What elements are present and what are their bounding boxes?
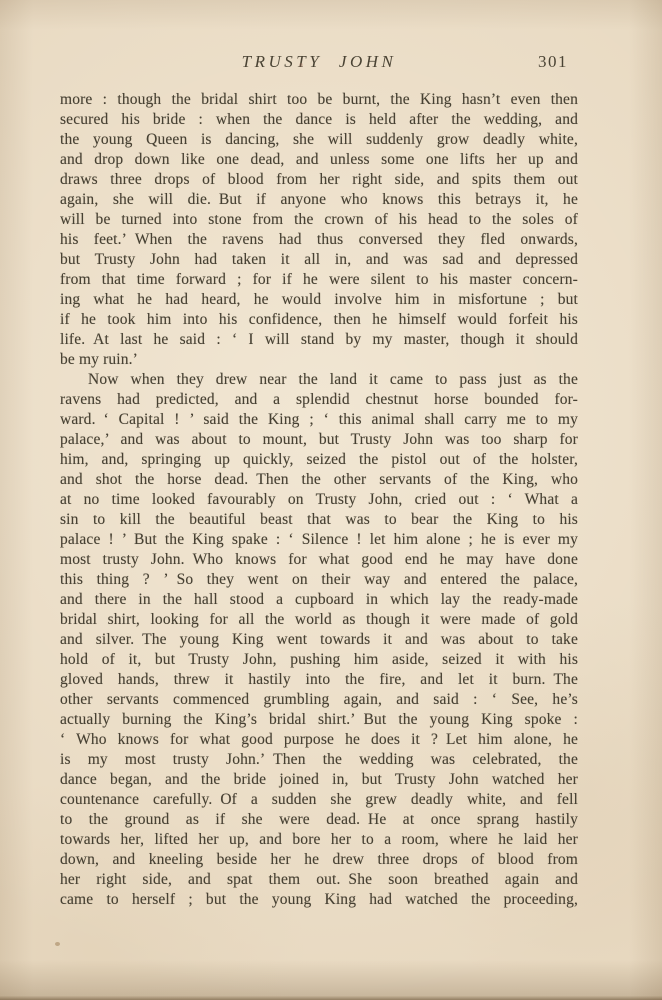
book-page: TRUSTY JOHN 301 more : though the bridal…	[0, 0, 662, 1000]
text-line: other servants commenced grumbling again…	[60, 690, 578, 710]
paper-speck	[299, 63, 303, 67]
text-line: most trusty John. Who knows for what goo…	[60, 550, 578, 570]
text-line: actually burning the King’s bridal shirt…	[60, 710, 578, 730]
text-line: to the ground as if she were dead. He at…	[60, 810, 578, 830]
text-line: towards her, lifted her up, and bore her…	[60, 830, 578, 850]
text-line: countenance carefully. Of a sudden she g…	[60, 790, 578, 810]
text-line: the young Queen is dancing, she will sud…	[60, 130, 578, 150]
text-line: hold of it, but Trusty John, pushing him…	[60, 650, 578, 670]
text-line: secured his bride : when the dance is he…	[60, 110, 578, 130]
text-line: is my most trusty John.’ Then the weddin…	[60, 750, 578, 770]
text-line: draws three drops of blood from her righ…	[60, 170, 578, 190]
page-title: TRUSTY JOHN	[60, 52, 578, 72]
text-line: palace,’ and was about to mount, but Tru…	[60, 430, 578, 450]
text-line: ward. ‘ Capital ! ’ said the King ; ‘ th…	[60, 410, 578, 430]
page-number: 301	[538, 52, 568, 72]
text-line: life. At last he said : ‘ I will stand b…	[60, 330, 578, 350]
text-line: his feet.’ When the ravens had thus conv…	[60, 230, 578, 250]
text-line: if he took him into his confidence, then…	[60, 310, 578, 330]
text-line: again, she will die. But if anyone who k…	[60, 190, 578, 210]
text-line: and shot the horse dead. Then the other …	[60, 470, 578, 490]
text-line: but Trusty John had taken it all in, and…	[60, 250, 578, 270]
text-line: more : though the bridal shirt too be bu…	[60, 90, 578, 110]
text-line: her right side, and spat them out. She s…	[60, 870, 578, 890]
text-line: be my ruin.’	[60, 350, 578, 370]
text-line: and drop down like one dead, and unless …	[60, 150, 578, 170]
text-line: palace ! ’ But the King spake : ‘ Silenc…	[60, 530, 578, 550]
text-line: dance began, and the bride joined in, bu…	[60, 770, 578, 790]
text-line: Now when they drew near the land it came…	[60, 370, 578, 390]
text-line: and there in the hall stood a cupboard i…	[60, 590, 578, 610]
text-line: ravens had predicted, and a splendid che…	[60, 390, 578, 410]
page-bottom-edge	[0, 996, 662, 1000]
text-line: came to herself ; but the young King had…	[60, 890, 578, 910]
text-line: bridal shirt, looking for all the world …	[60, 610, 578, 630]
text-line: from that time forward ; for if he were …	[60, 270, 578, 290]
text-line: ‘ Who knows for what good purpose he doe…	[60, 730, 578, 750]
text-line: and silver. The young King went towards …	[60, 630, 578, 650]
text-line: will be turned into stone from the crown…	[60, 210, 578, 230]
paper-speck	[55, 942, 60, 946]
text-line: sin to kill the beautiful beast that was…	[60, 510, 578, 530]
text-line: at no time looked favourably on Trusty J…	[60, 490, 578, 510]
page-text: more : though the bridal shirt too be bu…	[60, 90, 578, 910]
text-line: this thing ? ’ So they went on their way…	[60, 570, 578, 590]
text-line: ing what he had heard, he would involve …	[60, 290, 578, 310]
text-line: him, and, springing up quickly, seized t…	[60, 450, 578, 470]
text-line: down, and kneeling beside her he drew th…	[60, 850, 578, 870]
text-line: gloved hands, threw it hastily into the …	[60, 670, 578, 690]
running-head: TRUSTY JOHN 301	[60, 52, 578, 76]
